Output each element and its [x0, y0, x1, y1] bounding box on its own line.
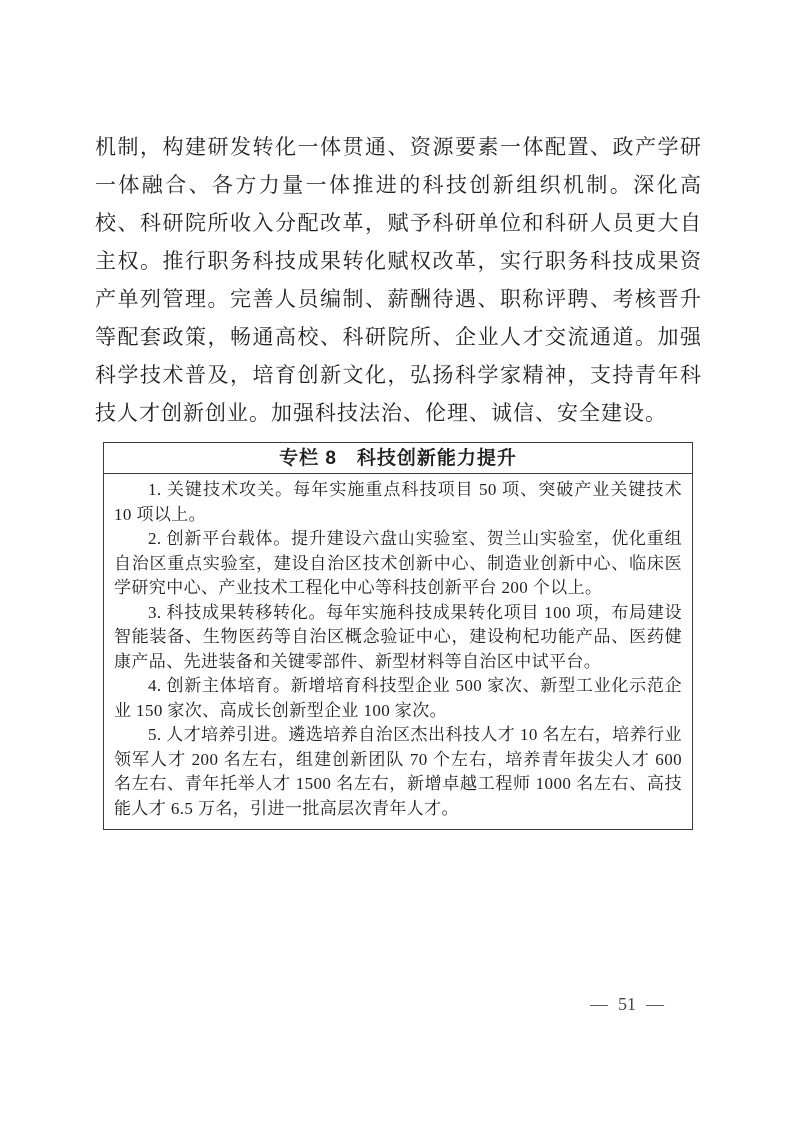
- footer-dash-right: —: [646, 994, 664, 1014]
- panel-title: 专栏 8 科技创新能力提升: [104, 443, 692, 474]
- panel-body: 1. 关键技术攻关。每年实施重点科技项目 50 项、突破产业关键技术 10 项以…: [104, 474, 692, 829]
- panel-item: 2. 创新平台载体。提升建设六盘山实验室、贺兰山实验室，优化重组自治区重点实验室…: [114, 527, 682, 601]
- panel-item: 1. 关键技术攻关。每年实施重点科技项目 50 项、突破产业关键技术 10 项以…: [114, 478, 682, 527]
- document-page: 机制，构建研发转化一体贯通、资源要素一体配置、政产学研一体融合、各方力量一体推进…: [0, 0, 794, 1123]
- panel-item: 4. 创新主体培育。新增培育科技型企业 500 家次、新型工业化示范企业 150…: [114, 674, 682, 723]
- panel-item: 5. 人才培养引进。遴选培养自治区杰出科技人才 10 名左右，培养行业领军人才 …: [114, 723, 682, 821]
- panel-item: 3. 科技成果转移转化。每年实施科技成果转化项目 100 项，布局建设智能装备、…: [114, 601, 682, 675]
- page-footer: —51—: [572, 994, 682, 1015]
- footer-dash-left: —: [590, 994, 608, 1014]
- page-number: 51: [618, 994, 636, 1014]
- column-8-panel: 专栏 8 科技创新能力提升 1. 关键技术攻关。每年实施重点科技项目 50 项、…: [103, 442, 693, 830]
- body-text-block: 机制，构建研发转化一体贯通、资源要素一体配置、政产学研一体融合、各方力量一体推进…: [95, 128, 702, 432]
- body-paragraph: 机制，构建研发转化一体贯通、资源要素一体配置、政产学研一体融合、各方力量一体推进…: [95, 128, 702, 432]
